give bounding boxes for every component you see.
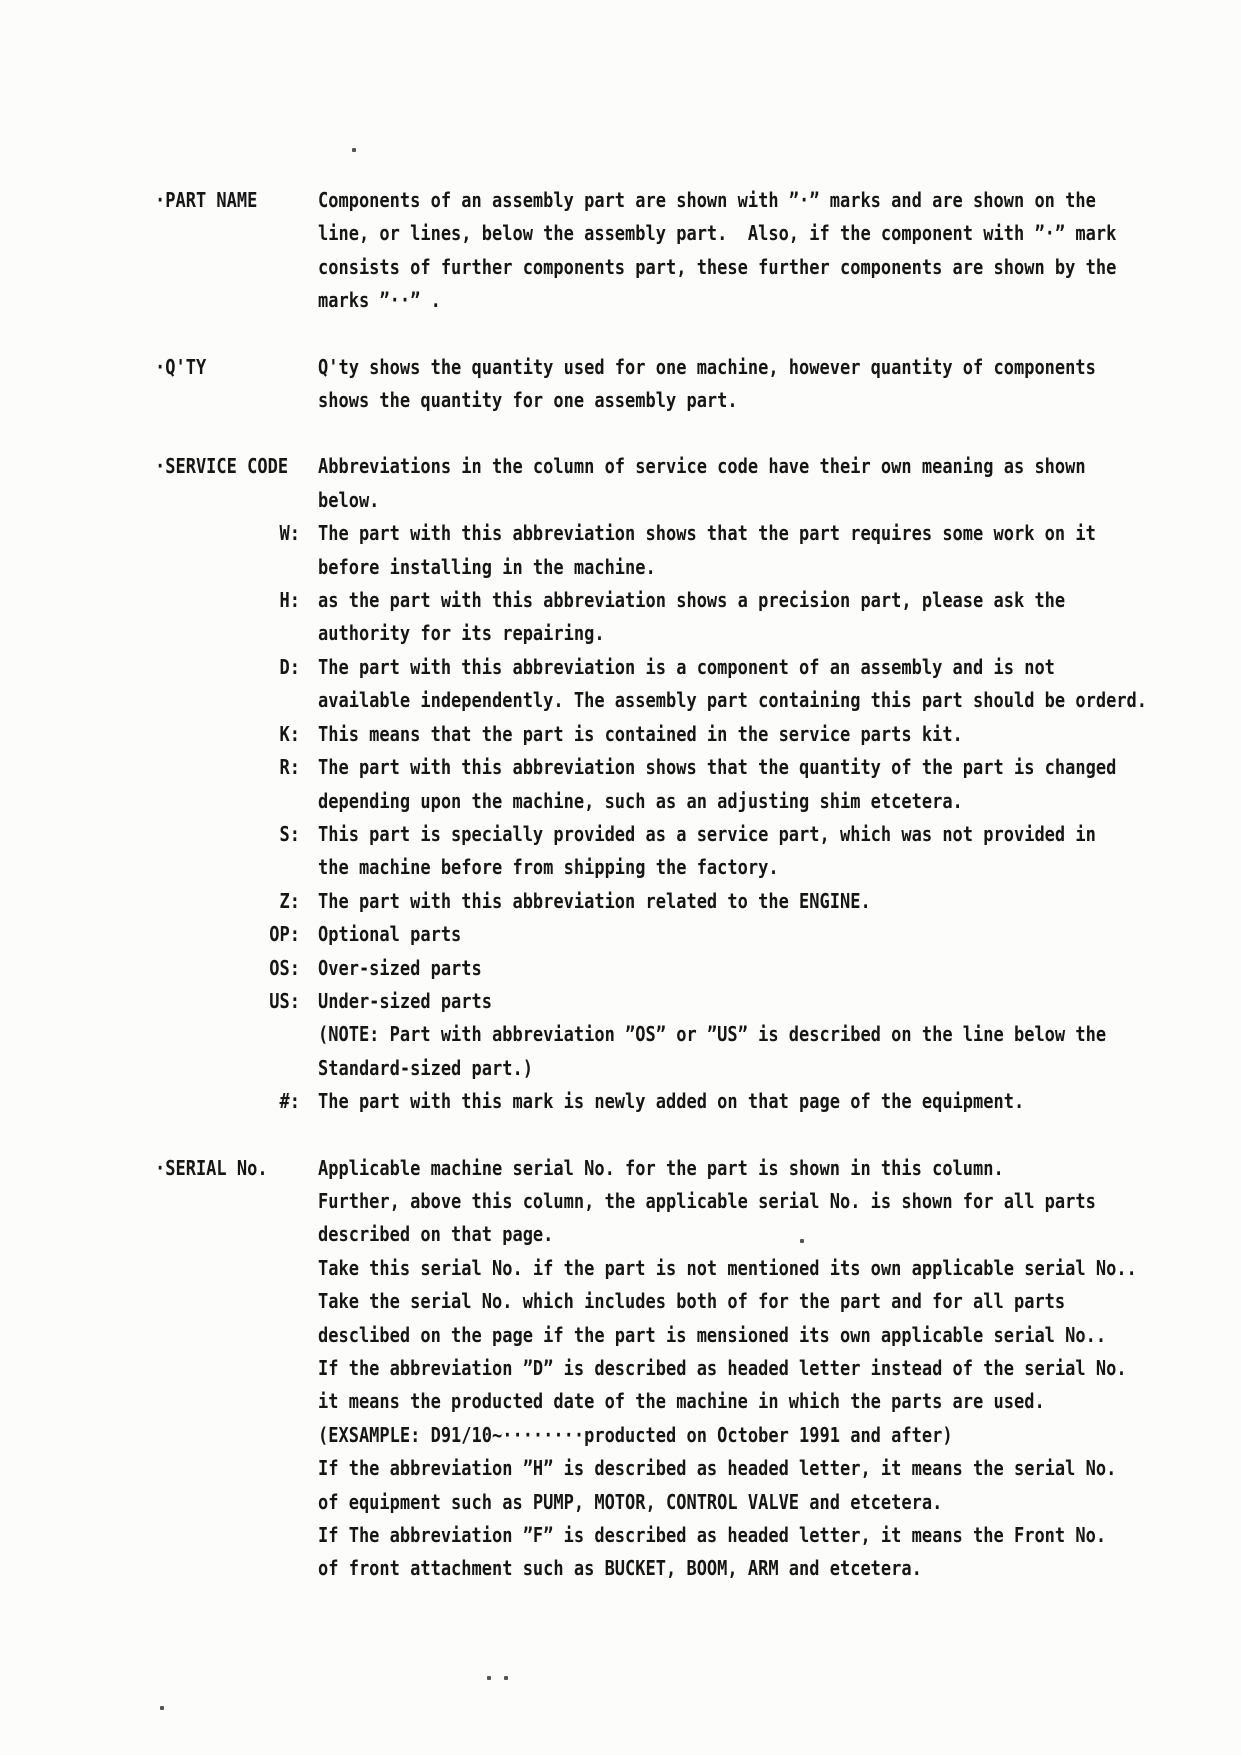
section-label-service-code: ·SERVICE CODE (155, 448, 318, 489)
section-qty: ·Q'TY Q'ty shows the quantity used for o… (155, 352, 1201, 419)
service-code-item-w: W: The part with this abbreviation shows… (155, 518, 1201, 585)
service-code-item-h: H: as the part with this abbreviation sh… (155, 585, 1201, 652)
text-line: shows the quantity for one assembly part… (318, 381, 1201, 422)
service-code-abbrev: US: (155, 982, 300, 1023)
service-code-item-k: K: This means that the part is contained… (155, 719, 1201, 752)
service-code-item-hash: #: The part with this mark is newly adde… (155, 1086, 1201, 1119)
scan-speck (800, 1239, 804, 1243)
text-line: marks ”··” . (318, 282, 1201, 323)
service-code-abbrev: D: (155, 648, 300, 689)
service-code-item-us: US: Under-sized parts (NOTE: Part with a… (155, 986, 1201, 1086)
scan-speck (352, 148, 356, 152)
service-code-abbrev: W: (155, 515, 300, 556)
section-body-part-name: Components of an assembly part are shown… (318, 185, 1201, 319)
service-code-item-op: OP: Optional parts (155, 919, 1201, 952)
service-code-abbrev: #: (155, 1082, 300, 1123)
section-serial-no: ·SERIAL No. Applicable machine serial No… (155, 1153, 1201, 1587)
section-label-part-name: ·PART NAME (155, 181, 318, 222)
scan-speck (487, 1676, 491, 1680)
section-body-qty: Q'ty shows the quantity used for one mac… (318, 352, 1201, 419)
section-service-code: ·SERVICE CODE Abbreviations in the colum… (155, 451, 1201, 1119)
scan-speck (160, 1706, 164, 1710)
service-code-item-os: OS: Over-sized parts (155, 953, 1201, 986)
document-content: ·PART NAME Components of an assembly par… (155, 185, 1201, 1587)
service-code-intro: Abbreviations in the column of service c… (318, 451, 1201, 518)
text-line: The part with this mark is newly added o… (318, 1082, 1201, 1123)
section-body-serial-no: Applicable machine serial No. for the pa… (318, 1153, 1201, 1587)
scan-speck (504, 1676, 508, 1680)
section-label-qty: ·Q'TY (155, 348, 318, 389)
service-code-abbrev: S: (155, 815, 300, 856)
service-code-abbrev: R: (155, 748, 300, 789)
text-line: of front attachment such as BUCKET, BOOM… (318, 1550, 1201, 1591)
section-part-name: ·PART NAME Components of an assembly par… (155, 185, 1201, 319)
service-code-item-z: Z: The part with this abbreviation relat… (155, 886, 1201, 919)
service-code-abbrev: H: (155, 581, 300, 622)
section-label-serial-no: ·SERIAL No. (155, 1149, 318, 1190)
service-code-item-r: R: The part with this abbreviation shows… (155, 752, 1201, 819)
service-code-item-d: D: The part with this abbreviation is a … (155, 652, 1201, 719)
service-code-item-s: S: This part is specially provided as a … (155, 819, 1201, 886)
page: ·PART NAME Components of an assembly par… (0, 0, 1241, 1755)
